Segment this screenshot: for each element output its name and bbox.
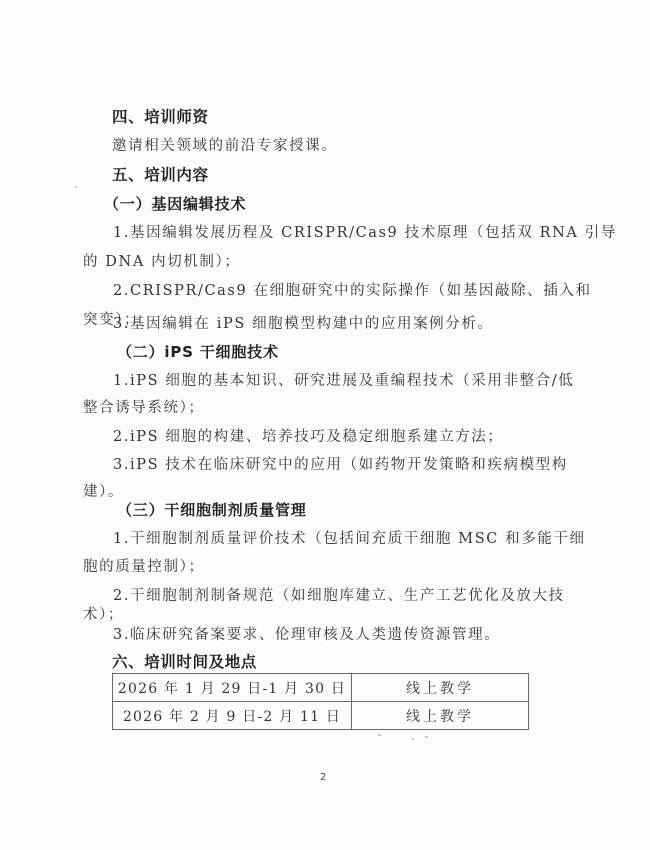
ips-item-1: 1.iPS 细胞的基本知识、研究进展及重编程技术（采用非整合/低: [113, 371, 574, 391]
subsection-heading-gene-editing: （一）基因编辑技术: [104, 194, 246, 214]
quality-item-2-cont: 术）；: [83, 605, 124, 625]
gene-editing-item-1-cont: 的 DNA 内切机制）；: [83, 252, 240, 272]
quality-item-2: 2.干细胞制剂制备规范（如细胞库建立、生产工艺优化及放大技: [113, 586, 565, 606]
scan-speck: [378, 734, 381, 736]
section-heading-schedule: 六、培训时间及地点: [112, 652, 257, 672]
ips-item-3-cont: 建）。: [83, 482, 124, 502]
ips-item-1-cont: 整合诱导系统）；: [83, 398, 205, 418]
schedule-date: 2026 年 1 月 29 日-1 月 30 日: [113, 674, 352, 702]
scan-speck: [425, 736, 428, 738]
section-heading-teachers: 四、培训师资: [112, 107, 209, 127]
schedule-mode: 线上教学: [352, 674, 529, 702]
subsection-heading-ips: （二）iPS 干细胞技术: [117, 342, 279, 362]
gene-editing-item-1: 1.基因编辑发展历程及 CRISPR/Cas9 技术原理（包括双 RNA 引导: [113, 223, 617, 243]
quality-item-1-cont: 胞的质量控制）；: [83, 557, 205, 577]
table-row: 2026 年 2 月 9 日-2 月 11 日 线上教学: [113, 702, 529, 730]
ips-item-2: 2.iPS 细胞的构建、培养技巧及稳定细胞系建立方法；: [113, 427, 503, 447]
scan-speck: [412, 738, 414, 740]
quality-item-1: 1.干细胞制剂质量评价技术（包括间充质干细胞 MSC 和多能干细: [113, 529, 586, 549]
schedule-date: 2026 年 2 月 9 日-2 月 11 日: [113, 702, 352, 730]
section-heading-content: 五、培训内容: [112, 165, 209, 185]
gene-editing-item-2: 2.CRISPR/Cas9 在细胞研究中的实际操作（如基因敲除、插入和: [113, 281, 592, 301]
quality-item-3: 3.临床研究备案要求、伦理审核及人类遗传资源管理。: [113, 625, 500, 645]
scan-speck: [75, 186, 77, 188]
gene-editing-item-3: 3.基因编辑在 iPS 细胞模型构建中的应用案例分析。: [113, 314, 494, 334]
page-number: 2: [320, 772, 326, 783]
ips-item-3: 3.iPS 技术在临床研究中的应用（如药物开发策略和疾病模型构: [113, 455, 568, 475]
teachers-description: 邀请相关领域的前沿专家授课。: [112, 136, 337, 156]
schedule-table: 2026 年 1 月 29 日-1 月 30 日 线上教学 2026 年 2 月…: [112, 673, 529, 730]
subsection-heading-quality: （三）干细胞制剂质量管理: [117, 500, 307, 520]
document-page: 四、培训师资 邀请相关领域的前沿专家授课。 五、培训内容 （一）基因编辑技术 1…: [0, 0, 650, 850]
table-row: 2026 年 1 月 29 日-1 月 30 日 线上教学: [113, 674, 529, 702]
schedule-mode: 线上教学: [352, 702, 529, 730]
